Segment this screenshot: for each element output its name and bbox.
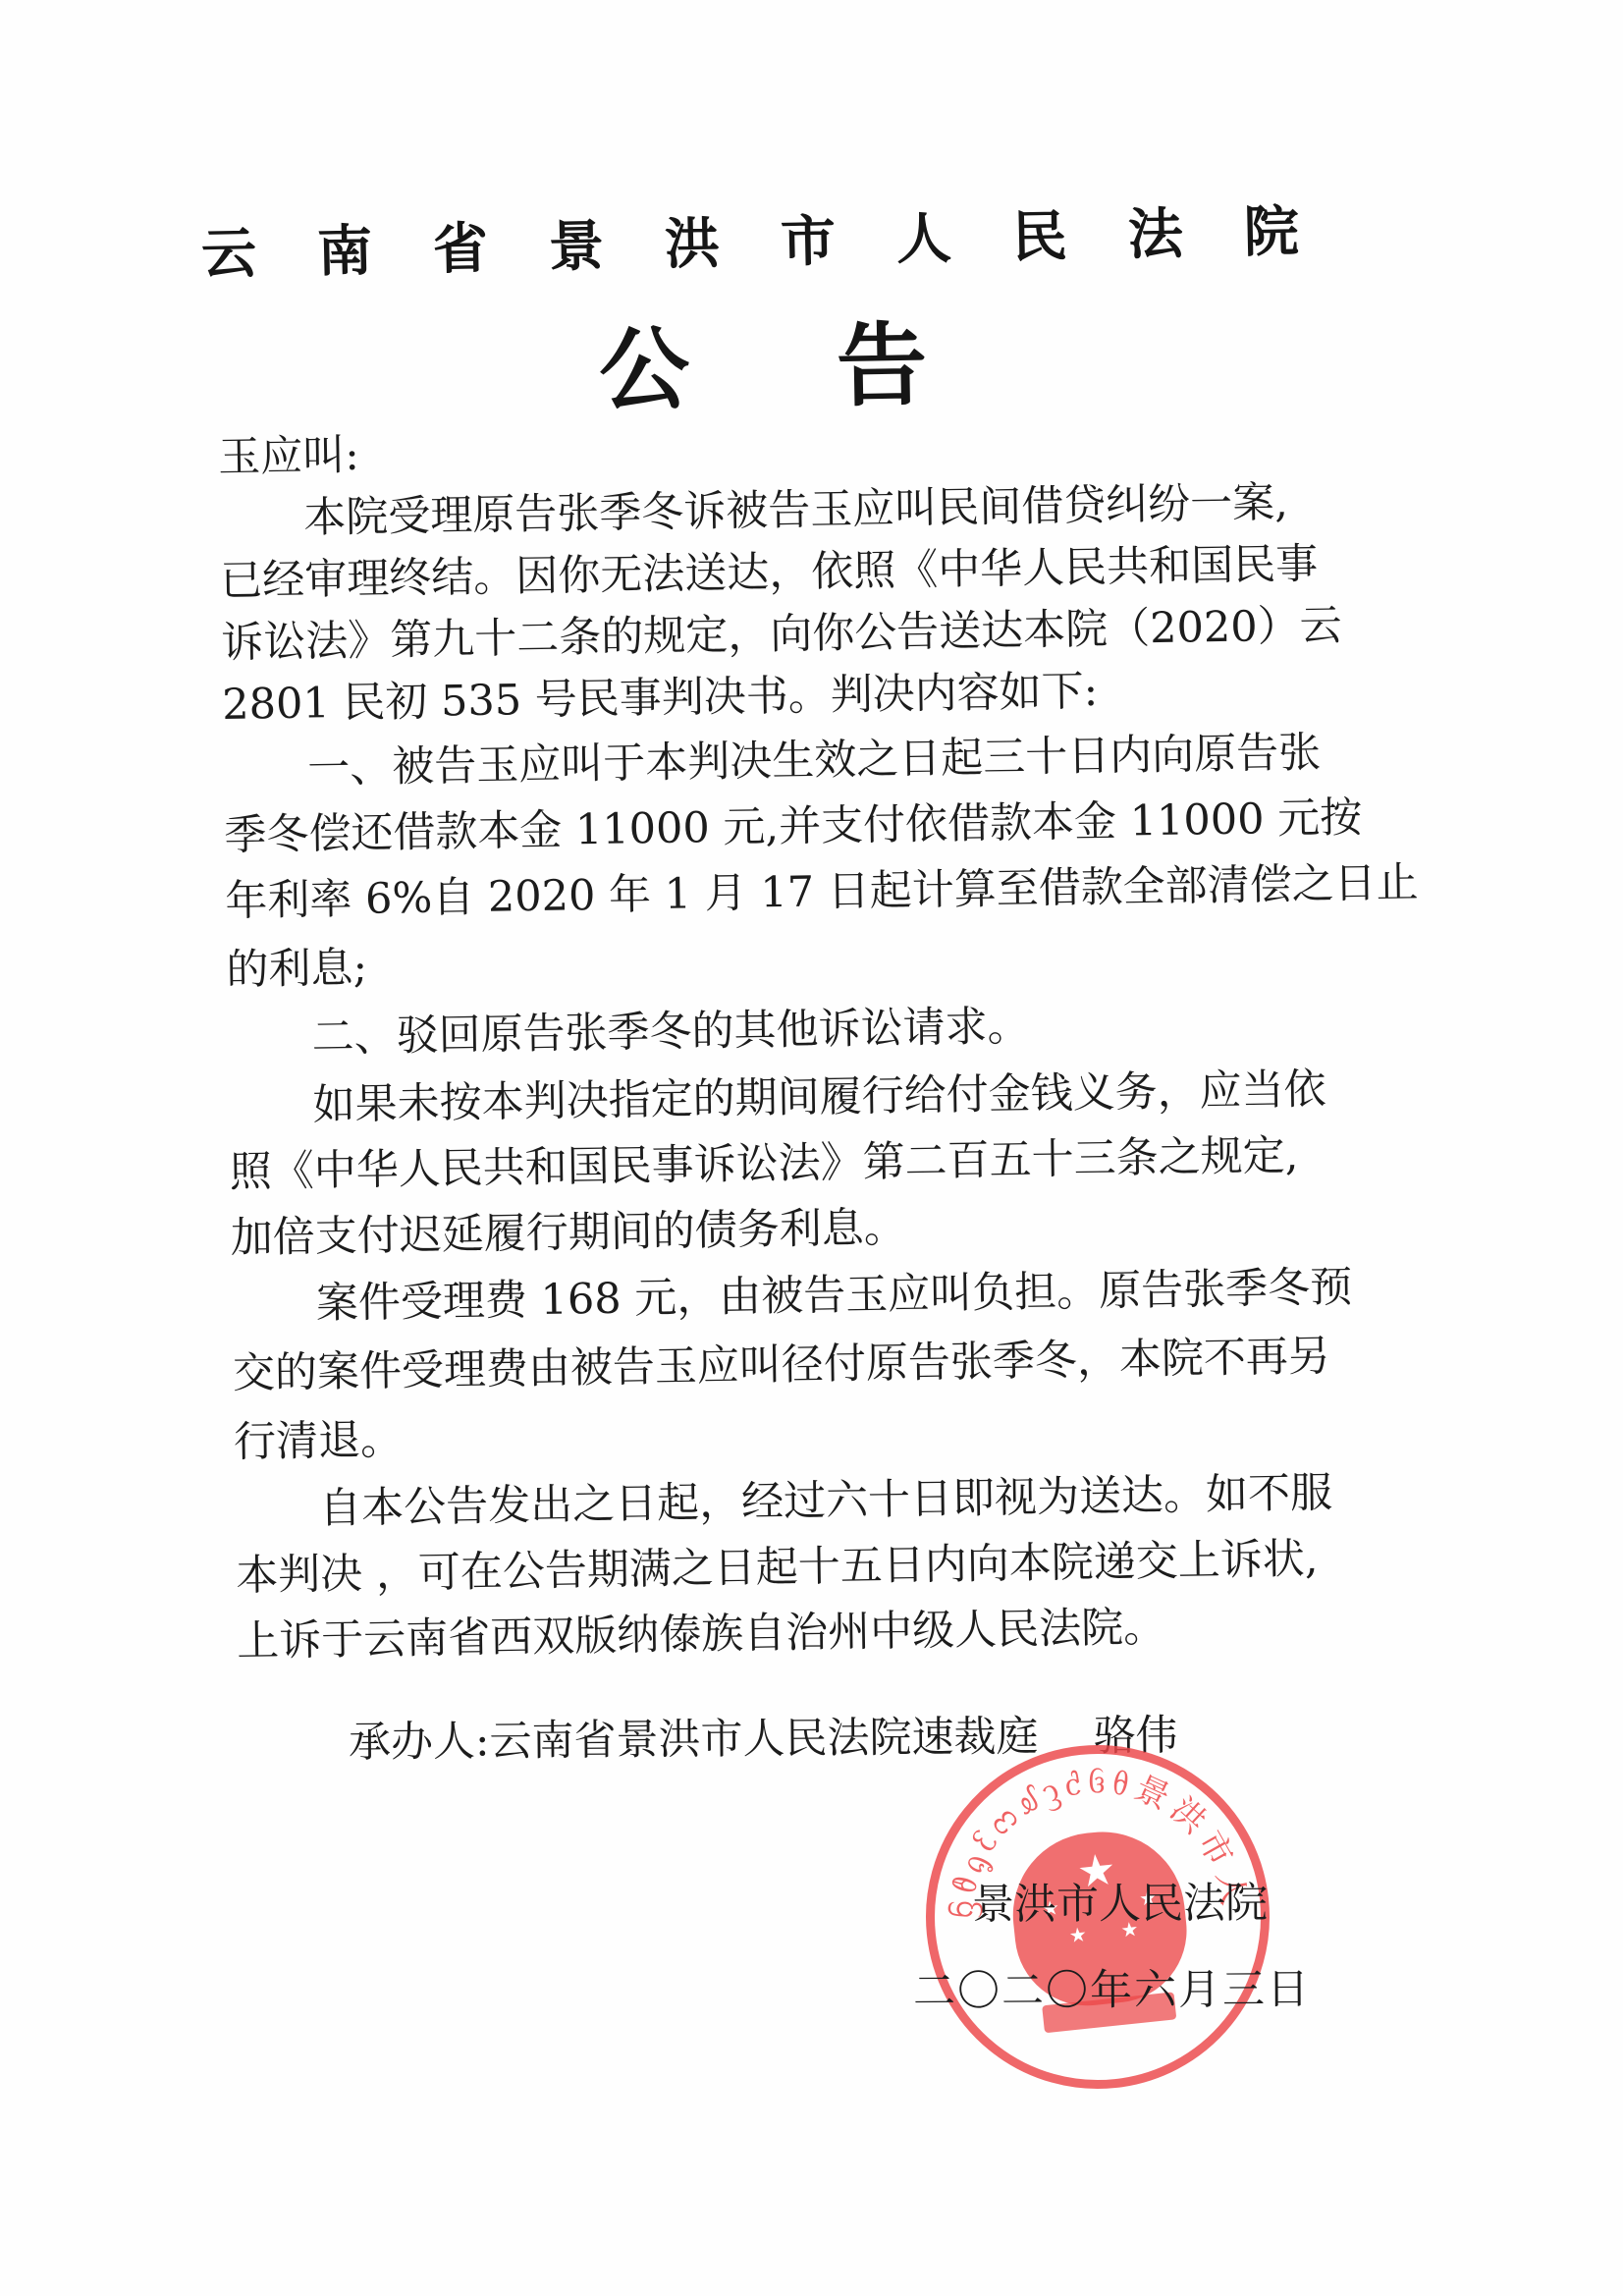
ruling-line: 的利息; [226, 948, 367, 992]
addressee: 玉应叫: [218, 435, 359, 479]
paragraph-line: 诉讼法》第九十二条的规定，向你公告送达本院（2020）云 [221, 605, 1342, 665]
paragraph-line: 如果未按本判决指定的期间履行给付金钱义务，应当依 [312, 1068, 1326, 1126]
issue-date: 二〇二〇年六月三日 [913, 1956, 1311, 2018]
ruling-line: 年利率 6%自 2020 年 1 月 17 日起计算至借款全部清偿之日止 [225, 862, 1419, 923]
paragraph-line: 加倍支付迟延履行期间的债务利息。 [230, 1207, 906, 1260]
notice-page: 云南省景洪市人民法院 公告 玉应叫: 本院受理原告张季冬诉被告玉应叫民间借贷纠纷… [0, 0, 1623, 2296]
paragraph-line: 本院受理原告张季冬诉被告玉应叫民间借贷纠纷一案, [303, 482, 1288, 540]
document-title: 公告 [598, 291, 1075, 428]
court-name-heading: 云南省景洪市人民法院 [200, 188, 1330, 290]
paragraph-line: 交的案件受理费由被告玉应叫径付原告张季冬，本院不再另 [233, 1336, 1331, 1395]
paragraph-line: 照《中华人民共和国民事诉讼法》第二百五十三条之规定, [229, 1135, 1298, 1194]
paragraph-line: 案件受理费 168 元，由被告玉应叫负担。原告张季冬预 [316, 1267, 1353, 1326]
ruling-line: 一、被告玉应叫于本判决生效之日起三十日内向原告张 [307, 732, 1322, 790]
ruling-line: 季冬偿还借款本金 11000 元,并支付依借款本金 11000 元按 [224, 797, 1362, 857]
paragraph-line: 上诉于云南省西双版纳傣族自治州中级人民法院。 [237, 1607, 1166, 1664]
paragraph-line: 已经审理终结。因你无法送达，依照《中华人民共和国民事 [220, 543, 1319, 603]
paragraph-line: 自本公告发出之日起，经过六十日即视为送达。如不服 [319, 1472, 1333, 1530]
paragraph-line: 行清退。 [234, 1419, 404, 1464]
issuing-court: 景洪市人民法院 [972, 1870, 1268, 1932]
handler-label: 承办人: [349, 1717, 490, 1767]
ruling-line: 二、驳回原告张季冬的其他诉讼请求。 [311, 1006, 1030, 1059]
paragraph-line: 本判决 ，可在公告期满之日起十五日内向本院递交上诉状, [236, 1539, 1319, 1598]
paragraph-line: 2801 民初 535 号民事判决书。判决内容如下: [222, 671, 1099, 727]
handler-department: 云南省景洪市人民法院速裁庭 [489, 1713, 1038, 1767]
